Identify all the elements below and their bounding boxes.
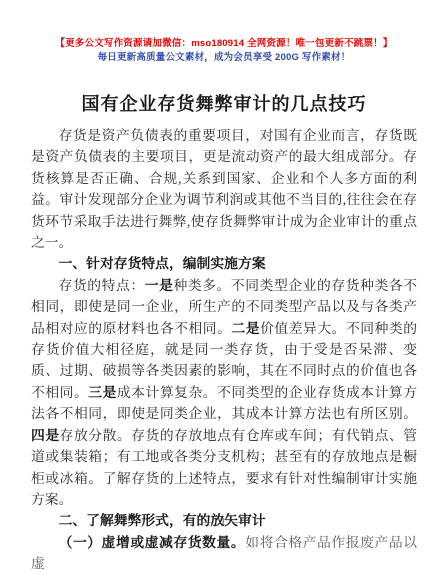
text-run: 存货的特点： xyxy=(59,278,145,293)
promo-banner-line-2: 每日更新高质量公文素材，成为会员享受 200G 写作素材！ xyxy=(0,51,448,65)
text-run-bold-second: 二是 xyxy=(231,321,260,336)
paragraph-intro: 存货是资产负债表的重要项目，对国有企业而言，存货既是资产负债表的主要项目，更是流… xyxy=(31,125,417,253)
promo-banner-line-1: 【更多公文写作资源请加微信：mso180914 全网资源！唯一包更新不跳票！】 xyxy=(0,37,448,51)
paragraph-fraud-forms: （一）虚增或虚减存货数量。如将合格产品作报废产品以虚 xyxy=(31,532,417,575)
document-body: 存货是资产负债表的重要项目，对国有企业而言，存货既是资产负债表的主要项目，更是流… xyxy=(31,125,417,575)
document-page: 【更多公文写作资源请加微信：mso180914 全网资源！唯一包更新不跳票！】 … xyxy=(0,0,448,580)
text-run-bold-third: 三是 xyxy=(88,385,117,400)
document-title: 国有企业存货舞弊审计的几点技巧 xyxy=(31,91,417,117)
page-number: — 1 — xyxy=(0,517,448,528)
text-run: 存放分散。存货的存放地点有仓库或车间；有代销点、管道或集装箱；有工地或各类分支机… xyxy=(31,428,417,507)
promo-banner: 【更多公文写作资源请加微信：mso180914 全网资源！唯一包更新不跳票！】 … xyxy=(0,0,448,65)
text-run-bold-first: 一是 xyxy=(145,278,174,293)
section-heading-1: 一、针对存货特点，编制实施方案 xyxy=(31,253,417,274)
text-run-subheading: （一）虚增或虚减存货数量。 xyxy=(59,535,246,550)
text-run-bold-fourth: 四是 xyxy=(31,428,60,443)
paragraph-inventory-features: 存货的特点：一是种类多。不同类型企业的存货种类各不相同，即使是同一企业，所生产的… xyxy=(31,275,417,510)
